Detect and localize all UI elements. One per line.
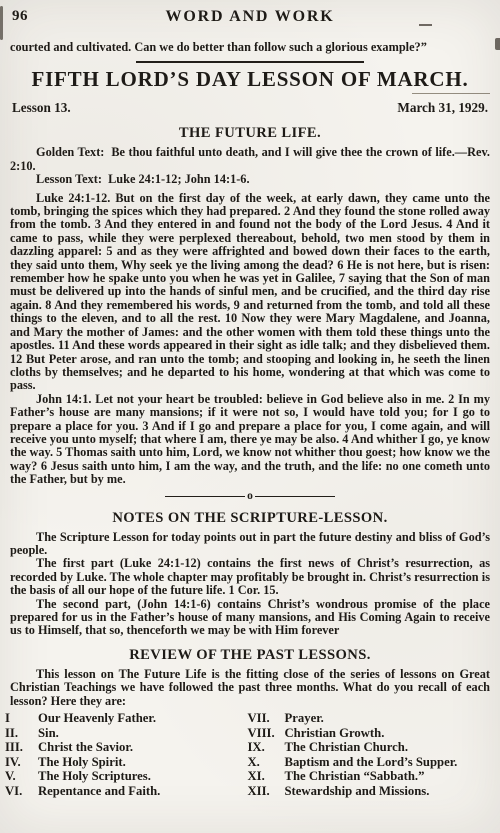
list-item-title: Stewardship and Missions. [285,784,430,799]
list-item-numeral: VI. [5,784,38,799]
notes-heading: NOTES ON THE SCRIPTURE-LESSON. [10,510,490,527]
list-item: VII.Prayer. [248,711,491,726]
list-item-title: Sin. [38,726,59,741]
list-item-numeral: XI. [248,769,285,784]
list-item: IOur Heavenly Father. [5,711,248,726]
list-item-numeral: IX. [248,740,285,755]
golden-text: Golden Text: Be thou faithful unto death… [10,146,490,173]
lesson-headline: FIFTH LORD’S DAY LESSON OF MARCH. [10,67,490,92]
list-item-title: The Holy Scriptures. [38,769,151,784]
list-item-title: Repentance and Faith. [38,784,160,799]
lesson-text-label: Lesson Text: [36,172,102,186]
list-item-numeral: V. [5,769,38,784]
list-item-numeral: I [5,711,38,726]
list-item-numeral: III. [5,740,38,755]
golden-text-label: Golden Text: [36,145,104,159]
lesson-title: THE FUTURE LIFE. [10,125,490,142]
review-heading: REVIEW OF THE PAST LESSONS. [10,647,490,664]
notes-paragraph-1: The Scripture Lesson for today points ou… [10,531,490,558]
list-item-title: Our Heavenly Father. [38,711,156,726]
list-item-title: The Holy Spirit. [38,755,126,770]
scripture-luke: Luke 24:1-12. But on the first day of th… [10,192,490,393]
journal-title: WORD AND WORK [10,8,490,26]
ornament-glyph: o [247,492,253,500]
list-item: II.Sin. [5,726,248,741]
scan-edge-mark [495,38,500,50]
list-item-title: Baptism and the Lord’s Supper. [285,755,458,770]
masthead: 96 WORD AND WORK [10,8,490,28]
list-item-title: The Christian “Sabbath.” [285,769,425,784]
list-item-title: The Christian Church. [285,740,409,755]
list-item-numeral: XII. [248,784,285,799]
lesson-date: March 31, 1929. [397,100,488,116]
list-item: VI.Repentance and Faith. [5,784,248,799]
list-item-numeral: II. [5,726,38,741]
list-item: X.Baptism and the Lord’s Supper. [248,755,491,770]
list-item: IV.The Holy Spirit. [5,755,248,770]
lesson-number: Lesson 13. [12,100,71,116]
carryover-paragraph: courted and cultivated. Can we do better… [10,41,490,54]
scanned-page: 96 WORD AND WORK courted and cultivated.… [0,0,500,833]
list-item-numeral: VII. [248,711,285,726]
lesson-text: Lesson Text: Luke 24:1-12; John 14:1-6. [10,173,490,186]
list-item-title: Christ the Savior. [38,740,133,755]
review-intro: This lesson on The Future Life is the fi… [10,668,490,708]
scripture-john: John 14:1. Let not your heart be trouble… [10,393,490,487]
lesson-text-value: Luke 24:1-12; John 14:1-6. [108,172,249,186]
section-divider-rule [136,61,364,63]
list-item: VIII.Christian Growth. [248,726,491,741]
notes-paragraph-3: The second part, (John 14:1-6) contains … [10,598,490,638]
notes-paragraph-2: The first part (Luke 24:1-12) contains t… [10,557,490,597]
ornament-line-left [165,496,245,497]
list-item: XI.The Christian “Sabbath.” [248,769,491,784]
list-item-title: Prayer. [285,711,324,726]
list-item: III.Christ the Savior. [5,740,248,755]
list-item: XII.Stewardship and Missions. [248,784,491,799]
list-item: V.The Holy Scriptures. [5,769,248,784]
review-lesson-list: IOur Heavenly Father. II.Sin. III.Christ… [5,711,490,799]
ornament-divider: o [10,493,490,501]
list-item-title: Christian Growth. [285,726,385,741]
lesson-meta-row: Lesson 13. March 31, 1929. [12,100,488,116]
list-item-numeral: IV. [5,755,38,770]
review-list-right-column: VII.Prayer. VIII.Christian Growth. IX.Th… [248,711,491,799]
ornament-line-right [255,496,335,497]
review-list-left-column: IOur Heavenly Father. II.Sin. III.Christ… [5,711,248,799]
list-item-numeral: VIII. [248,726,285,741]
list-item: IX.The Christian Church. [248,740,491,755]
headline-underline [412,93,490,94]
scan-edge-mark [0,6,3,40]
list-item-numeral: X. [248,755,285,770]
